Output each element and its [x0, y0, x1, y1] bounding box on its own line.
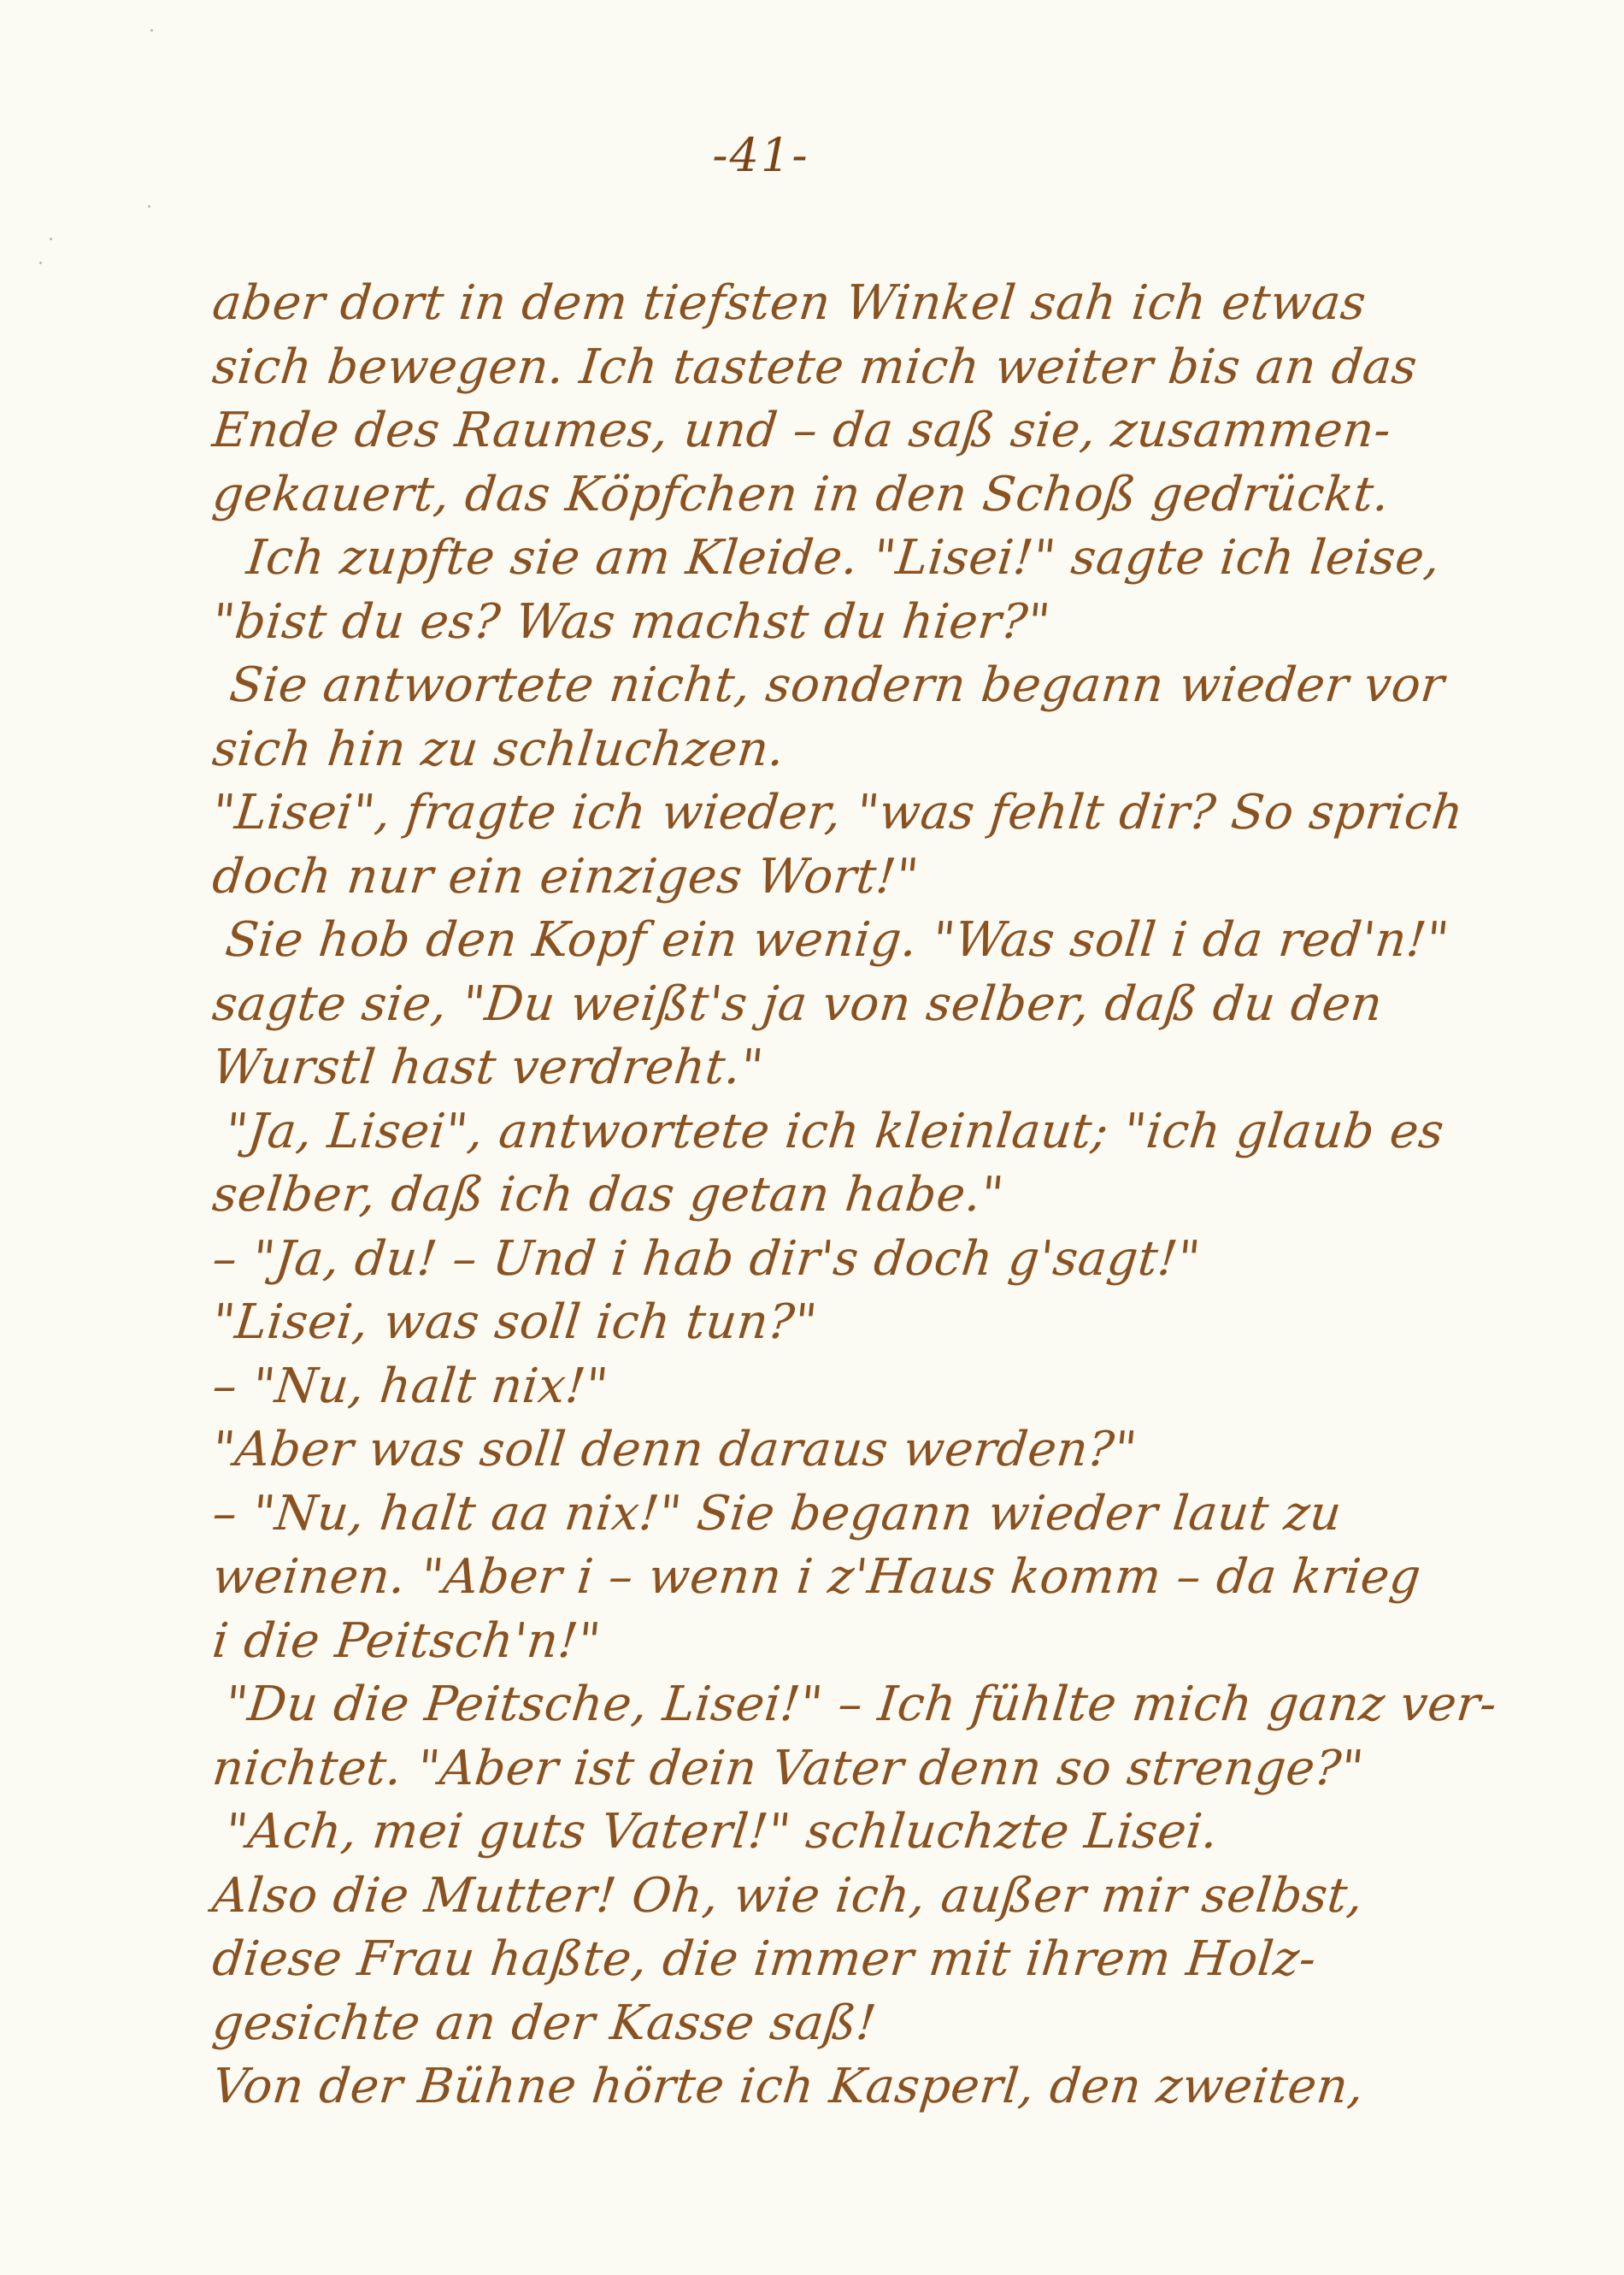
text-line: diese Frau haßte, die immer mit ihrem Ho… — [209, 1928, 1430, 1992]
text-line: sich bewegen. Ich tastete mich weiter bi… — [209, 336, 1430, 400]
text-line: Sie antwortete nicht, sondern begann wie… — [209, 654, 1430, 718]
paper-speck — [50, 238, 52, 240]
text-line: i die Peitsch'n!" — [209, 1610, 1430, 1674]
text-line: Sie hob den Kopf ein wenig. "Was soll i … — [209, 909, 1430, 973]
text-line: "Du die Peitsche, Lisei!" – Ich fühlte m… — [209, 1673, 1430, 1737]
text-line: aber dort in dem tiefsten Winkel sah ich… — [209, 272, 1430, 336]
text-line: "Aber was soll denn daraus werden?" — [209, 1418, 1430, 1482]
paper-speck — [150, 29, 153, 32]
text-line: gesichte an der Kasse saß! — [209, 1992, 1430, 2056]
text-line: Von der Bühne hörte ich Kasperl, den zwe… — [209, 2055, 1430, 2119]
manuscript-page: -41- aber dort in dem tiefsten Winkel sa… — [0, 0, 1624, 2275]
text-line: – "Nu, halt nix!" — [209, 1355, 1430, 1419]
page-number: -41- — [0, 128, 1573, 182]
text-line: doch nur ein einziges Wort!" — [209, 846, 1430, 910]
text-line: sagte sie, "Du weißt's ja von selber, da… — [209, 973, 1430, 1037]
text-line: weinen. "Aber i – wenn i z'Haus komm – d… — [209, 1546, 1430, 1610]
text-line: Also die Mutter! Oh, wie ich, außer mir … — [209, 1865, 1430, 1929]
text-line: gekauert, das Köpfchen in den Schoß gedr… — [209, 463, 1430, 527]
text-line: – "Nu, halt aa nix!" Sie begann wieder l… — [209, 1482, 1430, 1547]
text-line: "Ach, mei guts Vaterl!" schluchzte Lisei… — [209, 1801, 1430, 1865]
text-line: selber, daß ich das getan habe." — [209, 1164, 1430, 1228]
text-line: Wurstl hast verdreht." — [209, 1036, 1430, 1100]
text-line: sich hin zu schluchzen. — [209, 718, 1430, 782]
handwritten-text-body: aber dort in dem tiefsten Winkel sah ich… — [209, 272, 1423, 2119]
paper-speck — [148, 205, 150, 208]
text-line: "Ja, Lisei", antwortete ich kleinlaut; "… — [209, 1100, 1430, 1164]
text-line: "Lisei, was soll ich tun?" — [209, 1291, 1430, 1355]
text-line: "Lisei", fragte ich wieder, "was fehlt d… — [209, 781, 1430, 846]
text-line: – "Ja, du! – Und i hab dir's doch g'sagt… — [209, 1228, 1430, 1292]
text-line: Ich zupfte sie am Kleide. "Lisei!" sagte… — [209, 527, 1430, 591]
text-line: nichtet. "Aber ist dein Vater denn so st… — [209, 1737, 1430, 1801]
text-line: Ende des Raumes, und – da saß sie, zusam… — [209, 399, 1430, 463]
text-line: "bist du es? Was machst du hier?" — [209, 591, 1430, 655]
paper-speck — [39, 262, 42, 264]
